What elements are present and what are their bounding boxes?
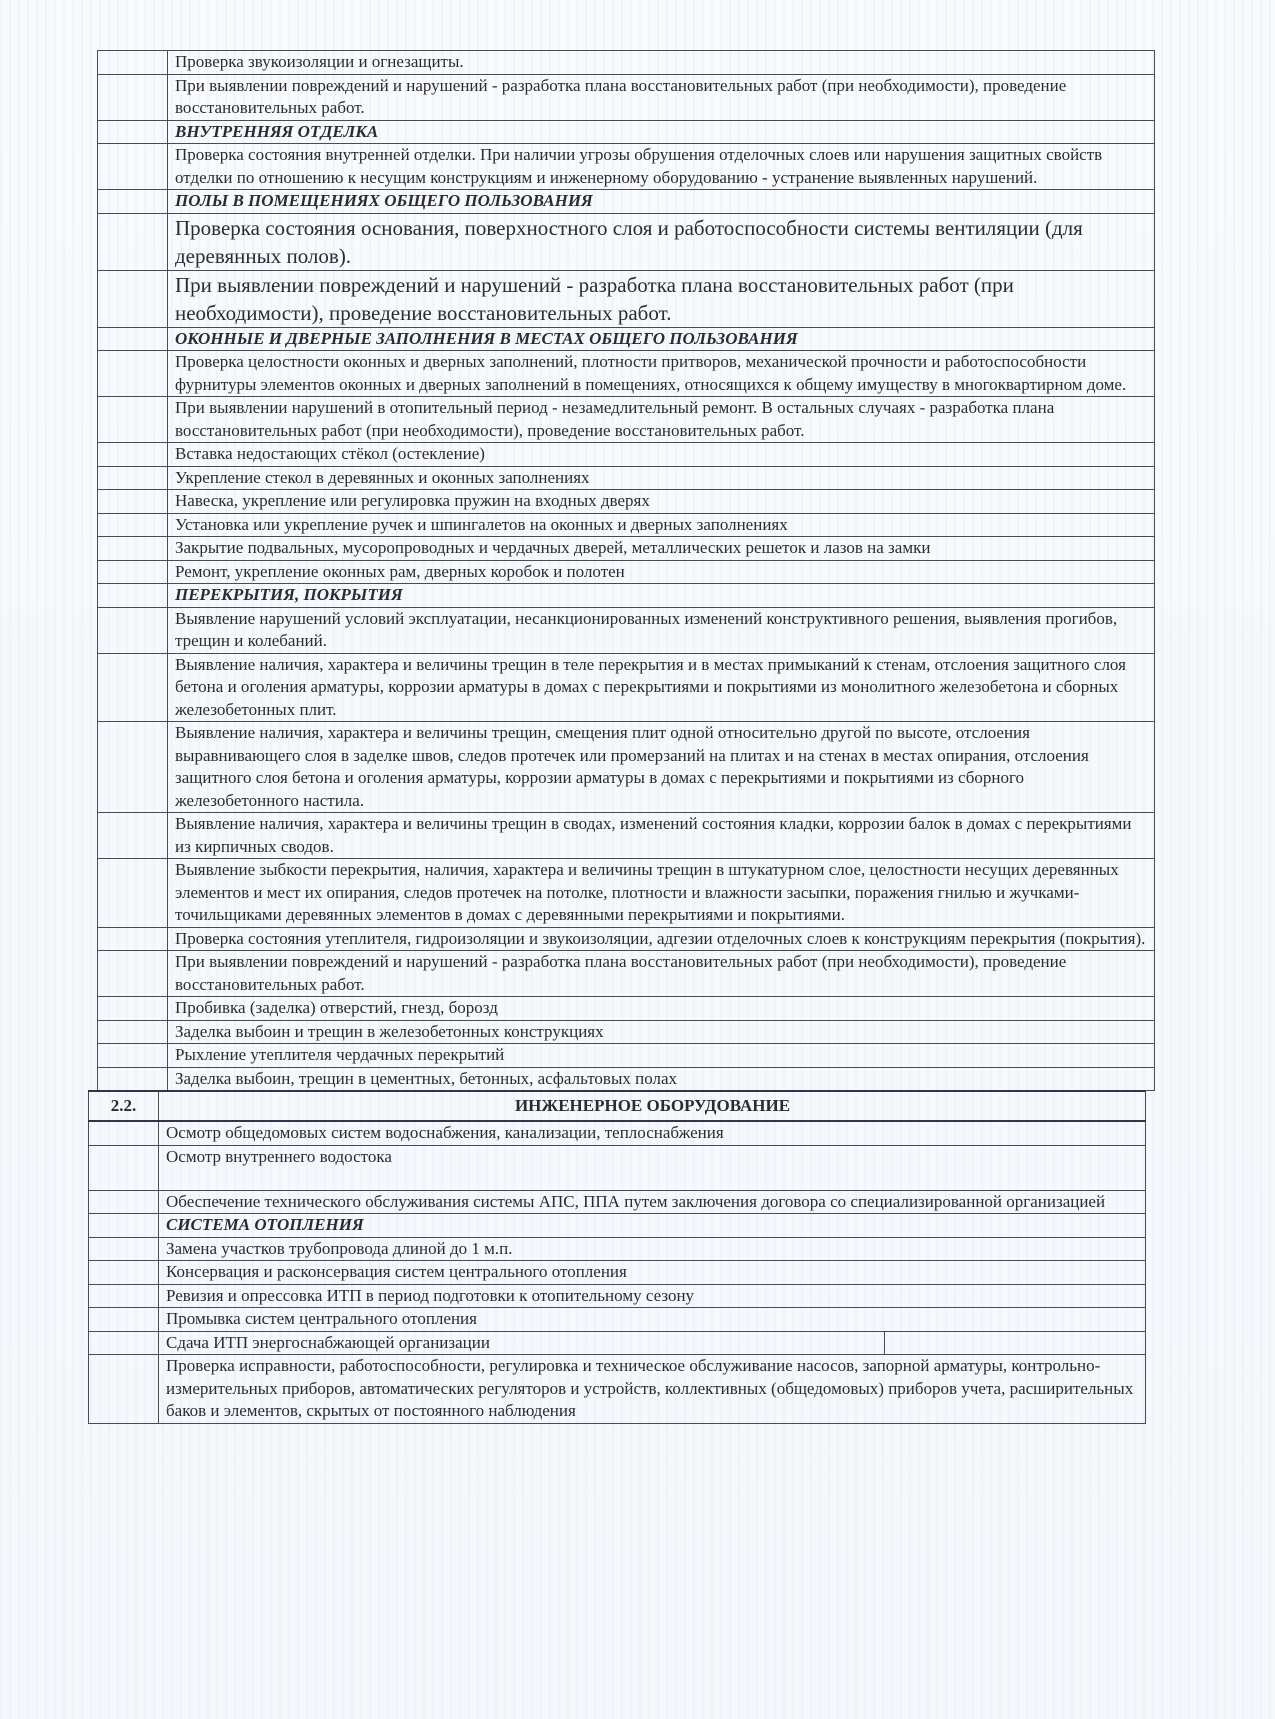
work-description: Укрепление стекол в деревянных и оконных… <box>168 466 1155 490</box>
row-number-cell <box>98 859 168 928</box>
empty-cell <box>884 1332 1145 1355</box>
work-description: Выявление нарушений условий эксплуатации… <box>168 607 1155 653</box>
work-description-cell: Сдача ИТП энергоснабжающей организации <box>159 1331 1146 1355</box>
work-description: Выявление наличия, характера и величины … <box>168 653 1155 722</box>
row-number-cell <box>98 927 168 951</box>
row-number-cell <box>89 1261 159 1285</box>
subsection-heading-row: ПЕРЕКРЫТИЯ, ПОКРЫТИЯ <box>98 584 1155 608</box>
subsection-heading: ОКОННЫЕ И ДВЕРНЫЕ ЗАПОЛНЕНИЯ В МЕСТАХ ОБ… <box>168 327 1155 351</box>
works-table-upper: Проверка звукоизоляции и огнезащиты.При … <box>97 50 1155 1091</box>
table-row: Консервация и расконсервация систем цент… <box>89 1261 1146 1285</box>
work-description: Сдача ИТП энергоснабжающей организации <box>166 1332 884 1355</box>
row-number-cell <box>98 443 168 467</box>
table-row: Навеска, укрепление или регулировка пруж… <box>98 490 1155 514</box>
row-number-cell <box>98 144 168 190</box>
table-row: Проверка состояния внутренней отделки. П… <box>98 144 1155 190</box>
table-row: Закрытие подвальных, мусоропроводных и ч… <box>98 537 1155 561</box>
work-description: Проверка состояния внутренней отделки. П… <box>168 144 1155 190</box>
row-number-cell <box>98 1067 168 1091</box>
table-row: Промывка систем центрального отопления <box>89 1308 1146 1332</box>
work-description: Обеспечение технического обслуживания си… <box>159 1190 1146 1214</box>
row-number-cell <box>89 1214 159 1238</box>
table-row: Проверка исправности, работоспособности,… <box>89 1355 1146 1424</box>
work-description: Навеска, укрепление или регулировка пруж… <box>168 490 1155 514</box>
subsection-heading-row: СИСТЕМА ОТОПЛЕНИЯ <box>89 1214 1146 1238</box>
table-row: Выявление наличия, характера и величины … <box>98 653 1155 722</box>
row-number-cell <box>89 1284 159 1308</box>
work-description: Промывка систем центрального отопления <box>159 1308 1146 1332</box>
work-description: При выявлении нарушений в отопительный п… <box>168 397 1155 443</box>
table-row: Проверка состояния утеплителя, гидроизол… <box>98 927 1155 951</box>
row-number-cell <box>98 997 168 1021</box>
table-row: Выявление нарушений условий эксплуатации… <box>98 607 1155 653</box>
table-row: Проверка звукоизоляции и огнезащиты. <box>98 51 1155 75</box>
work-description: Замена участков трубопровода длиной до 1… <box>159 1237 1146 1261</box>
work-description: Заделка выбоин, трещин в цементных, бето… <box>168 1067 1155 1091</box>
row-number-cell <box>98 584 168 608</box>
work-description: Закрытие подвальных, мусоропроводных и ч… <box>168 537 1155 561</box>
table-row: Укрепление стекол в деревянных и оконных… <box>98 466 1155 490</box>
subsection-heading: СИСТЕМА ОТОПЛЕНИЯ <box>159 1214 1146 1238</box>
row-number-cell <box>98 722 168 813</box>
work-description: Рыхление утеплителя чердачных перекрытий <box>168 1044 1155 1068</box>
row-number-cell <box>98 560 168 584</box>
row-number-cell <box>89 1190 159 1214</box>
row-number-cell <box>98 190 168 214</box>
table-row: При выявлении повреждений и нарушений - … <box>98 951 1155 997</box>
work-description: Выявление наличия, характера и величины … <box>168 813 1155 859</box>
works-table-engineering: 2.2. ИНЖЕНЕРНОЕ ОБОРУДОВАНИЕ Осмотр обще… <box>88 1090 1146 1424</box>
table-row: При выявлении повреждений и нарушений - … <box>98 74 1155 120</box>
row-number-cell <box>98 1020 168 1044</box>
row-number-cell <box>89 1237 159 1261</box>
work-description: При выявлении повреждений и нарушений - … <box>168 270 1155 327</box>
subsection-heading-row: ПОЛЫ В ПОМЕЩЕНИЯХ ОБЩЕГО ПОЛЬЗОВАНИЯ <box>98 190 1155 214</box>
row-number-cell <box>98 466 168 490</box>
work-description: Установка или укрепление ручек и шпингал… <box>168 513 1155 537</box>
table-row: Пробивка (заделка) отверстий, гнезд, бор… <box>98 997 1155 1021</box>
work-description: Вставка недостающих стёкол (остекление) <box>168 443 1155 467</box>
table-row: Проверка состояния основания, поверхност… <box>98 213 1155 270</box>
work-description: Проверка звукоизоляции и огнезащиты. <box>168 51 1155 75</box>
row-number-cell <box>89 1145 159 1190</box>
table-row: Замена участков трубопровода длиной до 1… <box>89 1237 1146 1261</box>
table-row: При выявлении повреждений и нарушений - … <box>98 270 1155 327</box>
row-number-cell <box>89 1121 159 1145</box>
table-row: Сдача ИТП энергоснабжающей организации <box>89 1331 1146 1355</box>
row-number-cell <box>98 120 168 144</box>
subsection-heading-row: ВНУТРЕННЯЯ ОТДЕЛКА <box>98 120 1155 144</box>
table-row: Установка или укрепление ручек и шпингал… <box>98 513 1155 537</box>
work-description: Консервация и расконсервация систем цент… <box>159 1261 1146 1285</box>
table-row: Ремонт, укрепление оконных рам, дверных … <box>98 560 1155 584</box>
work-description: Пробивка (заделка) отверстий, гнезд, бор… <box>168 997 1155 1021</box>
table-row: Обеспечение технического обслуживания си… <box>89 1190 1146 1214</box>
section-title: ИНЖЕНЕРНОЕ ОБОРУДОВАНИЕ <box>159 1091 1146 1121</box>
subsection-heading: ВНУТРЕННЯЯ ОТДЕЛКА <box>168 120 1155 144</box>
table-row: Осмотр общедомовых систем водоснабжения,… <box>89 1121 1146 1145</box>
work-description: Проверка целостности оконных и дверных з… <box>168 351 1155 397</box>
work-description: Осмотр общедомовых систем водоснабжения,… <box>159 1121 1146 1145</box>
row-number-cell <box>98 513 168 537</box>
table-row: Выявление наличия, характера и величины … <box>98 813 1155 859</box>
row-number-cell <box>98 213 168 270</box>
work-description: Выявление зыбкости перекрытия, наличия, … <box>168 859 1155 928</box>
work-description: При выявлении повреждений и нарушений - … <box>168 951 1155 997</box>
row-number-cell <box>98 537 168 561</box>
table-row: Проверка целостности оконных и дверных з… <box>98 351 1155 397</box>
table-row: Вставка недостающих стёкол (остекление) <box>98 443 1155 467</box>
row-number-cell <box>98 327 168 351</box>
work-description: Осмотр внутреннего водостока <box>159 1145 1146 1190</box>
table-row: Заделка выбоин и трещин в железобетонных… <box>98 1020 1155 1044</box>
row-number-cell <box>98 351 168 397</box>
table-row: Выявление зыбкости перекрытия, наличия, … <box>98 859 1155 928</box>
row-number-cell <box>98 813 168 859</box>
work-description: Проверка состояния утеплителя, гидроизол… <box>168 927 1155 951</box>
section-number: 2.2. <box>89 1091 159 1121</box>
row-number-cell <box>89 1355 159 1424</box>
work-description: Заделка выбоин и трещин в железобетонных… <box>168 1020 1155 1044</box>
work-description: Выявление наличия, характера и величины … <box>168 722 1155 813</box>
work-description: Ремонт, укрепление оконных рам, дверных … <box>168 560 1155 584</box>
row-number-cell <box>98 951 168 997</box>
subsection-heading: ПОЛЫ В ПОМЕЩЕНИЯХ ОБЩЕГО ПОЛЬЗОВАНИЯ <box>168 190 1155 214</box>
row-number-cell <box>98 270 168 327</box>
subsection-heading-row: ОКОННЫЕ И ДВЕРНЫЕ ЗАПОЛНЕНИЯ В МЕСТАХ ОБ… <box>98 327 1155 351</box>
section-row: 2.2. ИНЖЕНЕРНОЕ ОБОРУДОВАНИЕ <box>89 1091 1146 1121</box>
table-row: При выявлении нарушений в отопительный п… <box>98 397 1155 443</box>
table-row: Выявление наличия, характера и величины … <box>98 722 1155 813</box>
table-row: Заделка выбоин, трещин в цементных, бето… <box>98 1067 1155 1091</box>
work-description: Ревизия и опрессовка ИТП в период подгот… <box>159 1284 1146 1308</box>
row-number-cell <box>98 397 168 443</box>
row-number-cell <box>98 490 168 514</box>
row-number-cell <box>89 1308 159 1332</box>
row-number-cell <box>98 74 168 120</box>
subsection-heading: ПЕРЕКРЫТИЯ, ПОКРЫТИЯ <box>168 584 1155 608</box>
table-row: Осмотр внутреннего водостока <box>89 1145 1146 1190</box>
work-description: Проверка состояния основания, поверхност… <box>168 213 1155 270</box>
table-row: Ревизия и опрессовка ИТП в период подгот… <box>89 1284 1146 1308</box>
row-number-cell <box>98 1044 168 1068</box>
row-number-cell <box>98 51 168 75</box>
row-number-cell <box>98 653 168 722</box>
row-number-cell <box>98 607 168 653</box>
work-description: При выявлении повреждений и нарушений - … <box>168 74 1155 120</box>
row-number-cell <box>89 1331 159 1355</box>
table-row: Рыхление утеплителя чердачных перекрытий <box>98 1044 1155 1068</box>
work-description: Проверка исправности, работоспособности,… <box>159 1355 1146 1424</box>
